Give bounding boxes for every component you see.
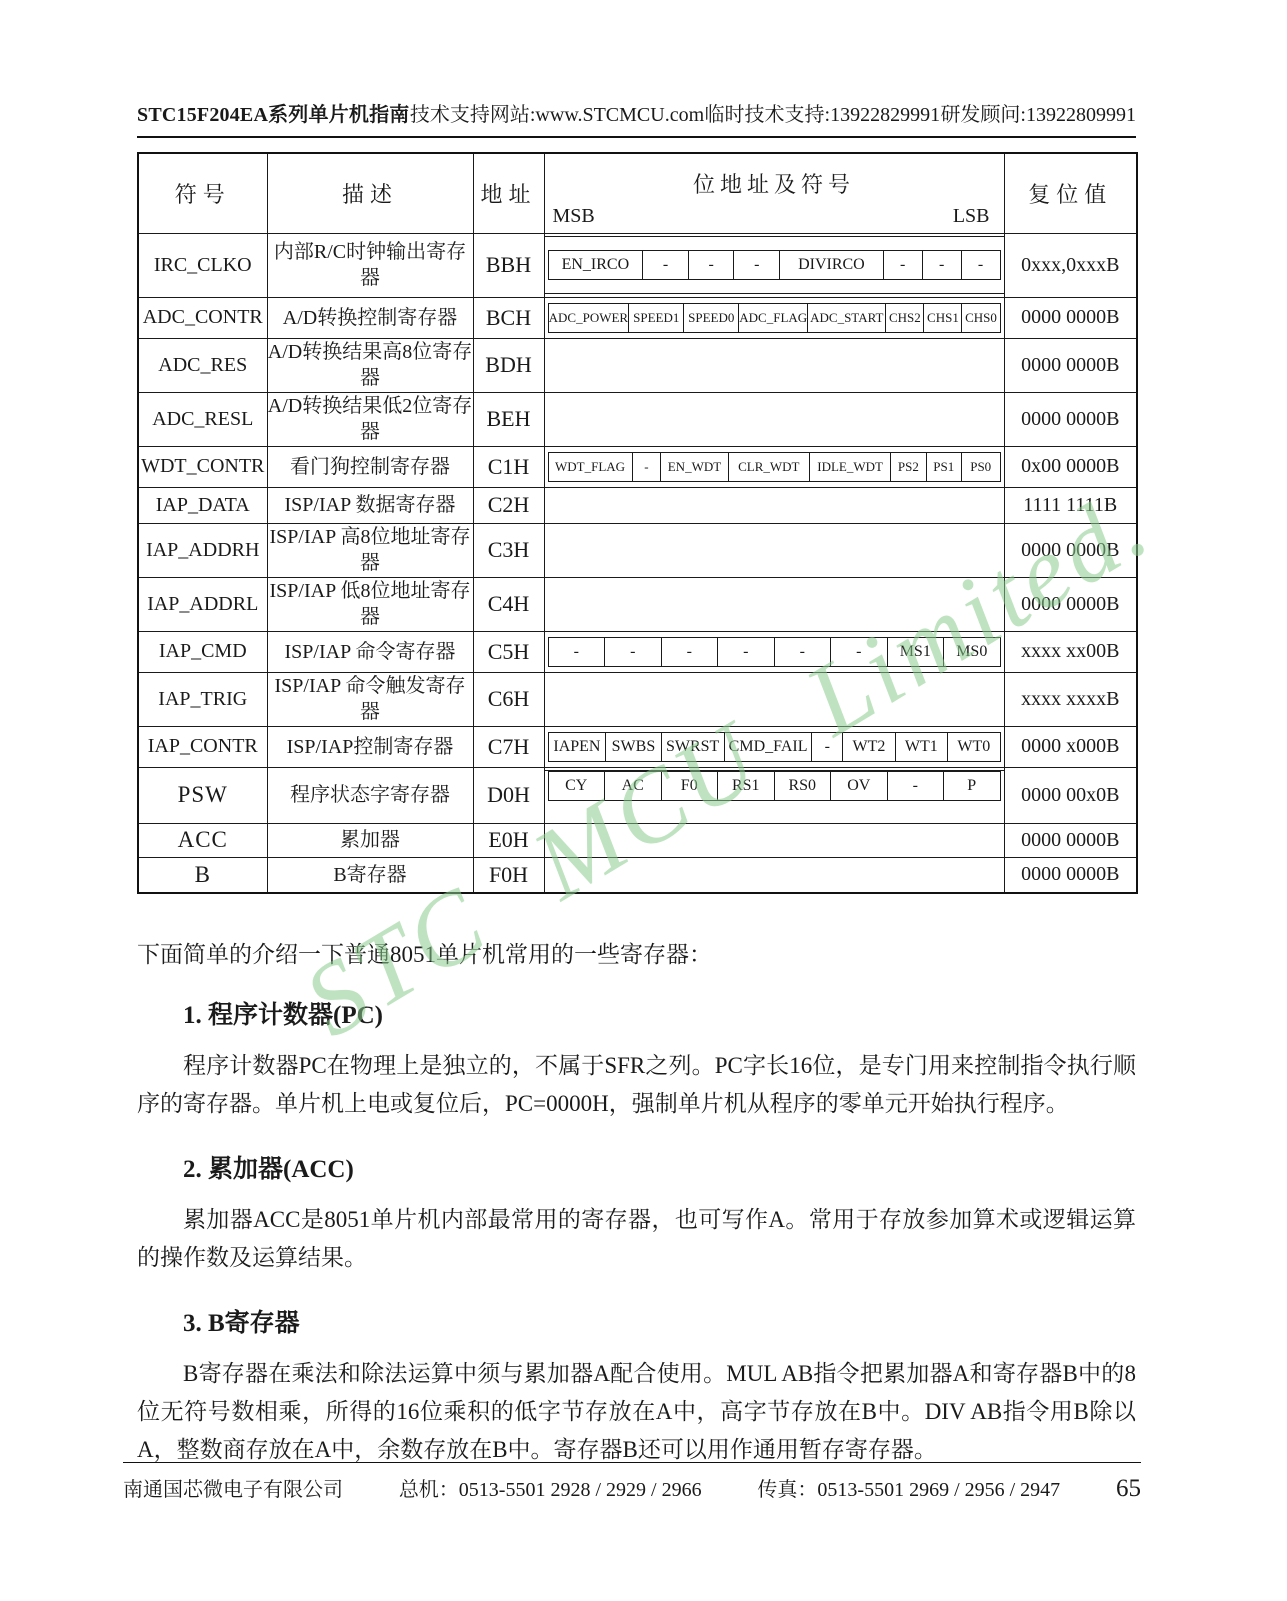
bit-fields (544, 487, 1004, 523)
register-description: B寄存器 (267, 857, 473, 893)
register-description: ISP/IAP 低8位地址寄存器 (267, 577, 473, 631)
intro-line: 下面简单的介绍一下普通8051单片机常用的一些寄存器： (137, 936, 1136, 969)
section2-paragraph: 累加器ACC是8051单片机内部最常用的寄存器，也可写作A。常用于存放参加算术或… (137, 1201, 1136, 1277)
reset-value: 0xxx,0xxxB (1004, 233, 1137, 297)
register-description: ISP/IAP 命令触发寄存器 (267, 672, 473, 726)
bit-cell: SPEED1 (629, 304, 684, 332)
bit-cell: CLR_WDT (729, 453, 810, 481)
register-description: 累加器 (267, 823, 473, 857)
bit-box: WDT_FLAG - EN_WDT CLR_WDT IDLE_WDT PS2 P… (548, 452, 1001, 482)
bit-cell: - (549, 638, 606, 666)
reset-value: 0000 x000B (1004, 726, 1137, 767)
bit-cell: - (643, 251, 689, 279)
bit-cell: DIVIRCO (780, 251, 884, 279)
register-symbol: ACC (138, 823, 267, 857)
reset-value: 0000 0000B (1004, 823, 1137, 857)
bit-cell: - (812, 733, 843, 761)
table-row: IAP_CMD ISP/IAP 命令寄存器 C5H - - - - - - MS… (138, 631, 1137, 672)
register-symbol: IRC_CLKO (138, 233, 267, 297)
register-address: BEH (473, 392, 544, 446)
col-header-addr: 地址 (473, 153, 544, 233)
page-header: STC15F204EA系列单片机指南 技术支持网站:www.STCMCU.com… (137, 98, 1136, 138)
register-address: C5H (473, 631, 544, 672)
register-symbol: IAP_CONTR (138, 726, 267, 767)
bit-cell: SWRST (662, 733, 725, 761)
register-symbol: IAP_TRIG (138, 672, 267, 726)
bit-cell: RS1 (718, 772, 775, 800)
bit-box: EN_IRCO - - - DIVIRCO - - - (548, 250, 1001, 280)
register-description: ISP/IAP 高8位地址寄存器 (267, 523, 473, 577)
register-description: A/D转换控制寄存器 (267, 297, 473, 338)
register-symbol: IAP_DATA (138, 487, 267, 523)
register-address: C3H (473, 523, 544, 577)
section3-title: 3. B寄存器 (183, 1303, 1136, 1339)
bit-fields (544, 392, 1004, 446)
register-description: 程序状态字寄存器 (267, 767, 473, 823)
bit-cell: - (734, 251, 780, 279)
table-row: ADC_CONTR A/D转换控制寄存器 BCH ADC_POWER SPEED… (138, 297, 1137, 338)
bit-cell: - (775, 638, 832, 666)
register-symbol: WDT_CONTR (138, 446, 267, 487)
col-header-reset: 复位值 (1004, 153, 1137, 233)
sfr-table: 符号 描述 地址 位地址及符号 MSB LSB 复位值 IRC_CLKO 内部R… (137, 152, 1138, 894)
col-header-symbol: 符号 (138, 153, 267, 233)
table-row: PSW 程序状态字寄存器 D0H CY AC F0 RS1 RS0 OV - P (138, 767, 1137, 823)
bit-box: CY AC F0 RS1 RS0 OV - P (548, 771, 1001, 801)
reset-value: 0000 0000B (1004, 297, 1137, 338)
reset-value: 1111 1111B (1004, 487, 1137, 523)
reset-value: 0000 0000B (1004, 392, 1137, 446)
bit-cell: - (718, 638, 775, 666)
bit-cell: PS2 (891, 453, 926, 481)
bit-fields: IAPEN SWBS SWRST CMD_FAIL - WT2 WT1 WT0 (544, 726, 1004, 767)
bit-cell: MS1 (888, 638, 945, 666)
consultant: 研发顾问:13922809991 (940, 98, 1136, 127)
col-header-bits: 位地址及符号 MSB LSB (544, 153, 1004, 233)
col-header-desc: 描述 (267, 153, 473, 233)
register-address: E0H (473, 823, 544, 857)
reset-value: xxxx xx00B (1004, 631, 1137, 672)
support-site: 技术支持网站:www.STCMCU.com (410, 98, 704, 127)
bit-fields: ADC_POWER SPEED1 SPEED0 ADC_FLAG ADC_STA… (544, 297, 1004, 338)
table-row: B B寄存器 F0H 0000 0000B (138, 857, 1137, 893)
bit-cell: WT2 (843, 733, 895, 761)
document-page: STC15F204EA系列单片机指南 技术支持网站:www.STCMCU.com… (0, 0, 1287, 1601)
bit-box: ADC_POWER SPEED1 SPEED0 ADC_FLAG ADC_STA… (548, 303, 1001, 333)
register-description: A/D转换结果高8位寄存器 (267, 338, 473, 392)
temp-support: 临时技术支持:13922829991 (705, 98, 941, 127)
reset-value: 0x00 0000B (1004, 446, 1137, 487)
register-address: C1H (473, 446, 544, 487)
register-description: 内部R/C时钟输出寄存器 (267, 233, 473, 297)
table-row: IAP_TRIG ISP/IAP 命令触发寄存器 C6H xxxx xxxxB (138, 672, 1137, 726)
reset-value: 0000 0000B (1004, 577, 1137, 631)
bit-cell: MS0 (944, 638, 1000, 666)
bit-cell: - (831, 638, 888, 666)
page-footer: 南通国芯微电子有限公司 总机：0513-5501 2928 / 2929 / 2… (123, 1462, 1141, 1503)
bit-cell: EN_IRCO (549, 251, 644, 279)
reset-value: 0000 0000B (1004, 338, 1137, 392)
bit-cell: - (884, 251, 923, 279)
bit-cell: - (689, 251, 735, 279)
section3-paragraph: B寄存器在乘法和除法运算中须与累加器A配合使用。MUL AB指令把累加器A和寄存… (137, 1355, 1136, 1469)
bit-cell: OV (831, 772, 888, 800)
bit-cell: PS0 (962, 453, 1000, 481)
bit-fields (544, 823, 1004, 857)
register-symbol: IAP_ADDRL (138, 577, 267, 631)
bit-cell: - (662, 638, 719, 666)
register-address: F0H (473, 857, 544, 893)
bit-cell: ADC_FLAG (739, 304, 808, 332)
register-symbol: PSW (138, 767, 267, 823)
bit-fields: - - - - - - MS1 MS0 (544, 631, 1004, 672)
footer-company: 南通国芯微电子有限公司 (123, 1473, 343, 1502)
register-address: C4H (473, 577, 544, 631)
register-symbol: ADC_RESL (138, 392, 267, 446)
register-symbol: B (138, 857, 267, 893)
register-address: C2H (473, 487, 544, 523)
register-description: ISP/IAP 命令寄存器 (267, 631, 473, 672)
bit-cell: SWBS (606, 733, 661, 761)
bit-cell: WDT_FLAG (549, 453, 633, 481)
table-header-row: 符号 描述 地址 位地址及符号 MSB LSB 复位值 (138, 153, 1137, 233)
table-row: ADC_RES A/D转换结果高8位寄存器 BDH 0000 0000B (138, 338, 1137, 392)
register-symbol: IAP_ADDRH (138, 523, 267, 577)
register-symbol: ADC_CONTR (138, 297, 267, 338)
reset-value: 0000 00x0B (1004, 767, 1137, 823)
bit-cell: CHS1 (924, 304, 962, 332)
register-description: ISP/IAP 数据寄存器 (267, 487, 473, 523)
section1-paragraph: 程序计数器PC在物理上是独立的，不属于SFR之列。PC字长16位，是专门用来控制… (137, 1047, 1136, 1123)
bit-cell: - (923, 251, 962, 279)
bit-cell: WT0 (948, 733, 999, 761)
doc-title: STC15F204EA系列单片机指南 (137, 98, 410, 127)
footer-fax: 传真：0513-5501 2969 / 2956 / 2947 (757, 1473, 1060, 1502)
register-address: BCH (473, 297, 544, 338)
table-row: ADC_RESL A/D转换结果低2位寄存器 BEH 0000 0000B (138, 392, 1137, 446)
bit-cell: SPEED0 (684, 304, 739, 332)
bits-title: 位地址及符号 (545, 168, 1004, 199)
register-address: BBH (473, 233, 544, 297)
reset-value: 0000 0000B (1004, 857, 1137, 893)
section1-title: 1. 程序计数器(PC) (183, 995, 1136, 1031)
register-address: C7H (473, 726, 544, 767)
reset-value: xxxx xxxxB (1004, 672, 1137, 726)
bit-cell: WT1 (896, 733, 948, 761)
table-row: IAP_DATA ISP/IAP 数据寄存器 C2H 1111 1111B (138, 487, 1137, 523)
bit-fields (544, 523, 1004, 577)
bit-cell: P (944, 772, 1000, 800)
register-symbol: IAP_CMD (138, 631, 267, 672)
bit-cell: CY (549, 772, 606, 800)
register-description: ISP/IAP控制寄存器 (267, 726, 473, 767)
footer-phone: 总机：0513-5501 2928 / 2929 / 2966 (399, 1473, 702, 1502)
bit-cell: EN_WDT (661, 453, 728, 481)
bit-cell: IAPEN (549, 733, 607, 761)
bit-cell: - (605, 638, 662, 666)
reset-value: 0000 0000B (1004, 523, 1137, 577)
table-row: WDT_CONTR 看门狗控制寄存器 C1H WDT_FLAG - EN_WDT… (138, 446, 1137, 487)
register-address: C6H (473, 672, 544, 726)
bit-cell: - (888, 772, 945, 800)
register-description: 看门狗控制寄存器 (267, 446, 473, 487)
table-row: IAP_ADDRH ISP/IAP 高8位地址寄存器 C3H 0000 0000… (138, 523, 1137, 577)
bit-cell: - (962, 251, 1000, 279)
table-row: IAP_CONTR ISP/IAP控制寄存器 C7H IAPEN SWBS SW… (138, 726, 1137, 767)
register-description: A/D转换结果低2位寄存器 (267, 392, 473, 446)
bit-box: IAPEN SWBS SWRST CMD_FAIL - WT2 WT1 WT0 (548, 732, 1001, 762)
bit-cell: F0 (662, 772, 719, 800)
msb-label: MSB (553, 205, 595, 228)
bit-cell: ADC_POWER (549, 304, 630, 332)
bit-cell: - (633, 453, 662, 481)
register-address: BDH (473, 338, 544, 392)
register-symbol: ADC_RES (138, 338, 267, 392)
bit-fields: WDT_FLAG - EN_WDT CLR_WDT IDLE_WDT PS2 P… (544, 446, 1004, 487)
bit-cell: AC (605, 772, 662, 800)
bit-fields (544, 857, 1004, 893)
bit-fields (544, 338, 1004, 392)
bit-cell: CHS0 (962, 304, 999, 332)
page-number: 65 (1116, 1475, 1141, 1503)
bit-cell: RS0 (775, 772, 832, 800)
bit-fields (544, 672, 1004, 726)
bit-fields (544, 577, 1004, 631)
table-row: IAP_ADDRL ISP/IAP 低8位地址寄存器 C4H 0000 0000… (138, 577, 1137, 631)
page-content: 符号 描述 地址 位地址及符号 MSB LSB 复位值 IRC_CLKO 内部R… (137, 152, 1136, 1469)
section2-title: 2. 累加器(ACC) (183, 1149, 1136, 1185)
table-row: IRC_CLKO 内部R/C时钟输出寄存器 BBH EN_IRCO - - - … (138, 233, 1137, 297)
bit-cell: ADC_START (808, 304, 886, 332)
register-address: D0H (473, 767, 544, 823)
bit-fields: EN_IRCO - - - DIVIRCO - - - (544, 233, 1004, 297)
table-row: ACC 累加器 E0H 0000 0000B (138, 823, 1137, 857)
bit-cell: IDLE_WDT (810, 453, 891, 481)
bit-cell: PS1 (927, 453, 962, 481)
bit-cell: CHS2 (886, 304, 924, 332)
lsb-label: LSB (953, 205, 990, 228)
bit-fields: CY AC F0 RS1 RS0 OV - P (544, 767, 1004, 823)
bit-box: - - - - - - MS1 MS0 (548, 637, 1001, 667)
bit-cell: CMD_FAIL (725, 733, 813, 761)
